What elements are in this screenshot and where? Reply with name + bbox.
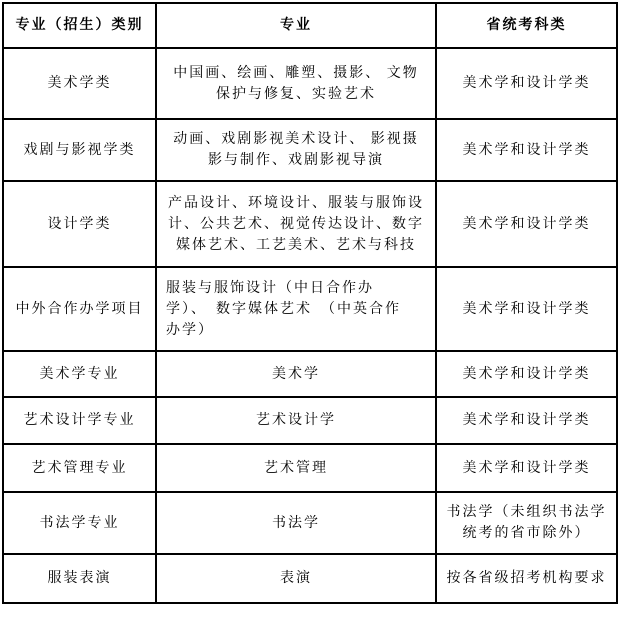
table-row-fine-arts: 美术学类 中国画、绘画、雕塑、摄影、 文物 保护与修复、实验艺术 美术学和设计学…: [3, 48, 617, 119]
table-row-art-design-major: 艺术设计学专业 艺术设计学 美术学和设计学类: [3, 397, 617, 444]
cell-majors: 书法学: [156, 492, 436, 554]
table-row-design: 设计学类 产品设计、环境设计、服装与服饰设 计、公共艺术、视觉传达设计、数字 媒…: [3, 181, 617, 267]
header-major: 专业: [156, 3, 436, 48]
table-row-calligraphy: 书法学专业 书法学 书法学（未组织书法学 统考的省市除外）: [3, 492, 617, 554]
cell-category: 艺术设计学专业: [3, 397, 156, 444]
cell-exam: 美术学和设计学类: [436, 351, 617, 397]
cell-category: 美术学类: [3, 48, 156, 119]
cell-exam: 美术学和设计学类: [436, 119, 617, 181]
cell-category: 美术学专业: [3, 351, 156, 397]
table-row-fine-arts-major: 美术学专业 美术学 美术学和设计学类: [3, 351, 617, 397]
table-row-fashion-performance: 服装表演 表演 按各省级招考机构要求: [3, 554, 617, 603]
table-row-sino-foreign: 中外合作办学项目 服装与服饰设计（中日合作办 学）、 数字媒体艺术 （中英合作 …: [3, 267, 617, 351]
cell-exam: 按各省级招考机构要求: [436, 554, 617, 603]
table-header-row: 专业（招生）类别 专业 省统考科类: [3, 3, 617, 48]
cell-exam: 美术学和设计学类: [436, 267, 617, 351]
cell-category: 设计学类: [3, 181, 156, 267]
cell-majors: 服装与服饰设计（中日合作办 学）、 数字媒体艺术 （中英合作 办学）: [156, 267, 436, 351]
cell-exam: 美术学和设计学类: [436, 48, 617, 119]
cell-category: 戏剧与影视学类: [3, 119, 156, 181]
cell-exam: 美术学和设计学类: [436, 181, 617, 267]
cell-majors: 产品设计、环境设计、服装与服饰设 计、公共艺术、视觉传达设计、数字 媒体艺术、工…: [156, 181, 436, 267]
table-row-drama-film: 戏剧与影视学类 动画、戏剧影视美术设计、 影视摄 影与制作、戏剧影视导演 美术学…: [3, 119, 617, 181]
table-row-art-management: 艺术管理专业 艺术管理 美术学和设计学类: [3, 444, 617, 492]
cell-majors: 艺术管理: [156, 444, 436, 492]
cell-exam: 书法学（未组织书法学 统考的省市除外）: [436, 492, 617, 554]
header-exam-type: 省统考科类: [436, 3, 617, 48]
cell-category: 艺术管理专业: [3, 444, 156, 492]
admission-category-table: 专业（招生）类别 专业 省统考科类 美术学类 中国画、绘画、雕塑、摄影、 文物 …: [2, 2, 618, 604]
cell-majors: 表演: [156, 554, 436, 603]
cell-majors: 动画、戏剧影视美术设计、 影视摄 影与制作、戏剧影视导演: [156, 119, 436, 181]
cell-majors: 中国画、绘画、雕塑、摄影、 文物 保护与修复、实验艺术: [156, 48, 436, 119]
cell-majors: 艺术设计学: [156, 397, 436, 444]
cell-category: 服装表演: [3, 554, 156, 603]
cell-category: 中外合作办学项目: [3, 267, 156, 351]
cell-category: 书法学专业: [3, 492, 156, 554]
cell-exam: 美术学和设计学类: [436, 444, 617, 492]
cell-majors: 美术学: [156, 351, 436, 397]
cell-exam: 美术学和设计学类: [436, 397, 617, 444]
header-category: 专业（招生）类别: [3, 3, 156, 48]
